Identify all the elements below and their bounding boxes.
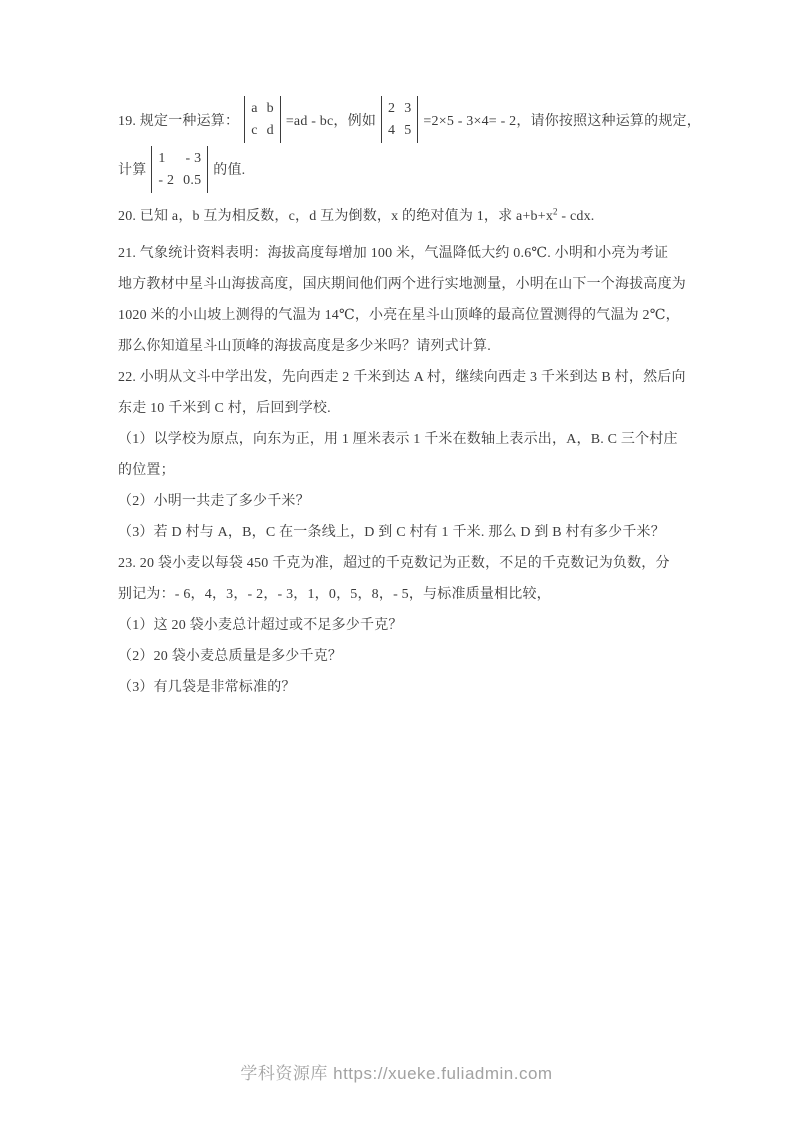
- question-22-part-3: （3）若 D 村与 A，B，C 在一条线上，D 到 C 村有 1 千米. 那么 …: [118, 517, 688, 548]
- determinant-to-compute: 1 - 3 - 2 0.5: [151, 146, 208, 193]
- question-21: 21. 气象统计资料表明：海拔高度每增加 100 米，气温降低大约 0.6℃. …: [118, 238, 688, 362]
- question-21-line-1: 21. 气象统计资料表明：海拔高度每增加 100 米，气温降低大约 0.6℃. …: [118, 238, 688, 269]
- question-22-part-1: （1）以学校为原点，向东为正，用 1 厘米表示 1 千米在数轴上表示出，A，B.…: [118, 424, 688, 455]
- determinant-example: 2 3 4 5: [381, 96, 418, 143]
- question-21-line-2: 地方教材中星斗山海拔高度，国庆期间他们两个进行实地测量，小明在山下一个海拔高度为: [118, 269, 688, 300]
- q19-suffix-text: 的值.: [213, 159, 245, 179]
- q19-compute-label: 计算: [118, 159, 146, 179]
- question-19-line-1: 19. 规定一种运算： a b c d =ad - bc，例如 2 3 4 5 …: [118, 96, 688, 143]
- matrix-cell: a: [251, 99, 257, 118]
- question-23-part-2: （2）20 袋小麦总质量是多少千克？: [118, 641, 688, 672]
- q19-example-result-text: =2×5 - 3×4= - 2，请你按照这种运算的规定，: [423, 110, 701, 130]
- question-22: 22. 小明从文斗中学出发，先向西走 2 千米到达 A 村，继续向西走 3 千米…: [118, 362, 688, 548]
- matrix-cell: 3: [404, 99, 411, 118]
- matrix-cell: b: [267, 99, 274, 118]
- question-20: 20. 已知 a，b 互为相反数，c，d 互为倒数，x 的绝对值为 1，求 a+…: [118, 201, 688, 232]
- matrix-cell: 0.5: [183, 171, 201, 190]
- question-19-line-2: 计算 1 - 3 - 2 0.5 的值.: [118, 143, 688, 195]
- matrix-cell: 2: [388, 99, 395, 118]
- q20-text-tail: - cdx.: [558, 209, 595, 224]
- footer-watermark: 学科资源库 https://xueke.fuliadmin.com: [0, 1062, 793, 1086]
- q19-definition-text: =ad - bc，例如: [286, 110, 376, 130]
- matrix-cell: - 2: [158, 171, 174, 190]
- question-22-part-1-cont: 的位置；: [118, 455, 688, 486]
- question-22-part-2: （2）小明一共走了多少千米？: [118, 486, 688, 517]
- question-23-line-1: 23. 20 袋小麦以每袋 450 千克为准，超过的千克数记为正数，不足的千克数…: [118, 548, 688, 579]
- worksheet-content: 19. 规定一种运算： a b c d =ad - bc，例如 2 3 4 5 …: [118, 96, 688, 703]
- question-23-line-2: 别记为：- 6，4，3，- 2，- 3，1，0，5，8，- 5，与标准质量相比较…: [118, 579, 688, 610]
- matrix-cell: d: [267, 121, 274, 140]
- matrix-cell: c: [251, 121, 257, 140]
- question-22-line-1: 22. 小明从文斗中学出发，先向西走 2 千米到达 A 村，继续向西走 3 千米…: [118, 362, 688, 393]
- question-22-line-2: 东走 10 千米到 C 村，后回到学校.: [118, 393, 688, 424]
- question-23: 23. 20 袋小麦以每袋 450 千克为准，超过的千克数记为正数，不足的千克数…: [118, 548, 688, 703]
- question-21-line-3: 1020 米的小山坡上测得的气温为 14℃，小亮在星斗山顶峰的最高位置测得的气温…: [118, 300, 688, 331]
- question-21-line-4: 那么你知道星斗山顶峰的海拔高度是多少米吗？请列式计算.: [118, 331, 688, 362]
- matrix-cell: - 3: [183, 149, 201, 168]
- matrix-cell: 4: [388, 121, 395, 140]
- determinant-definition: a b c d: [244, 96, 281, 143]
- matrix-cell: 5: [404, 121, 411, 140]
- q19-prefix-text: 19. 规定一种运算：: [118, 110, 239, 130]
- question-23-part-1: （1）这 20 袋小麦总计超过或不足多少千克？: [118, 610, 688, 641]
- question-23-part-3: （3）有几袋是非常标准的？: [118, 672, 688, 703]
- matrix-cell: 1: [158, 149, 174, 168]
- q20-text: 20. 已知 a，b 互为相反数，c，d 互为倒数，x 的绝对值为 1，求 a+…: [118, 209, 553, 224]
